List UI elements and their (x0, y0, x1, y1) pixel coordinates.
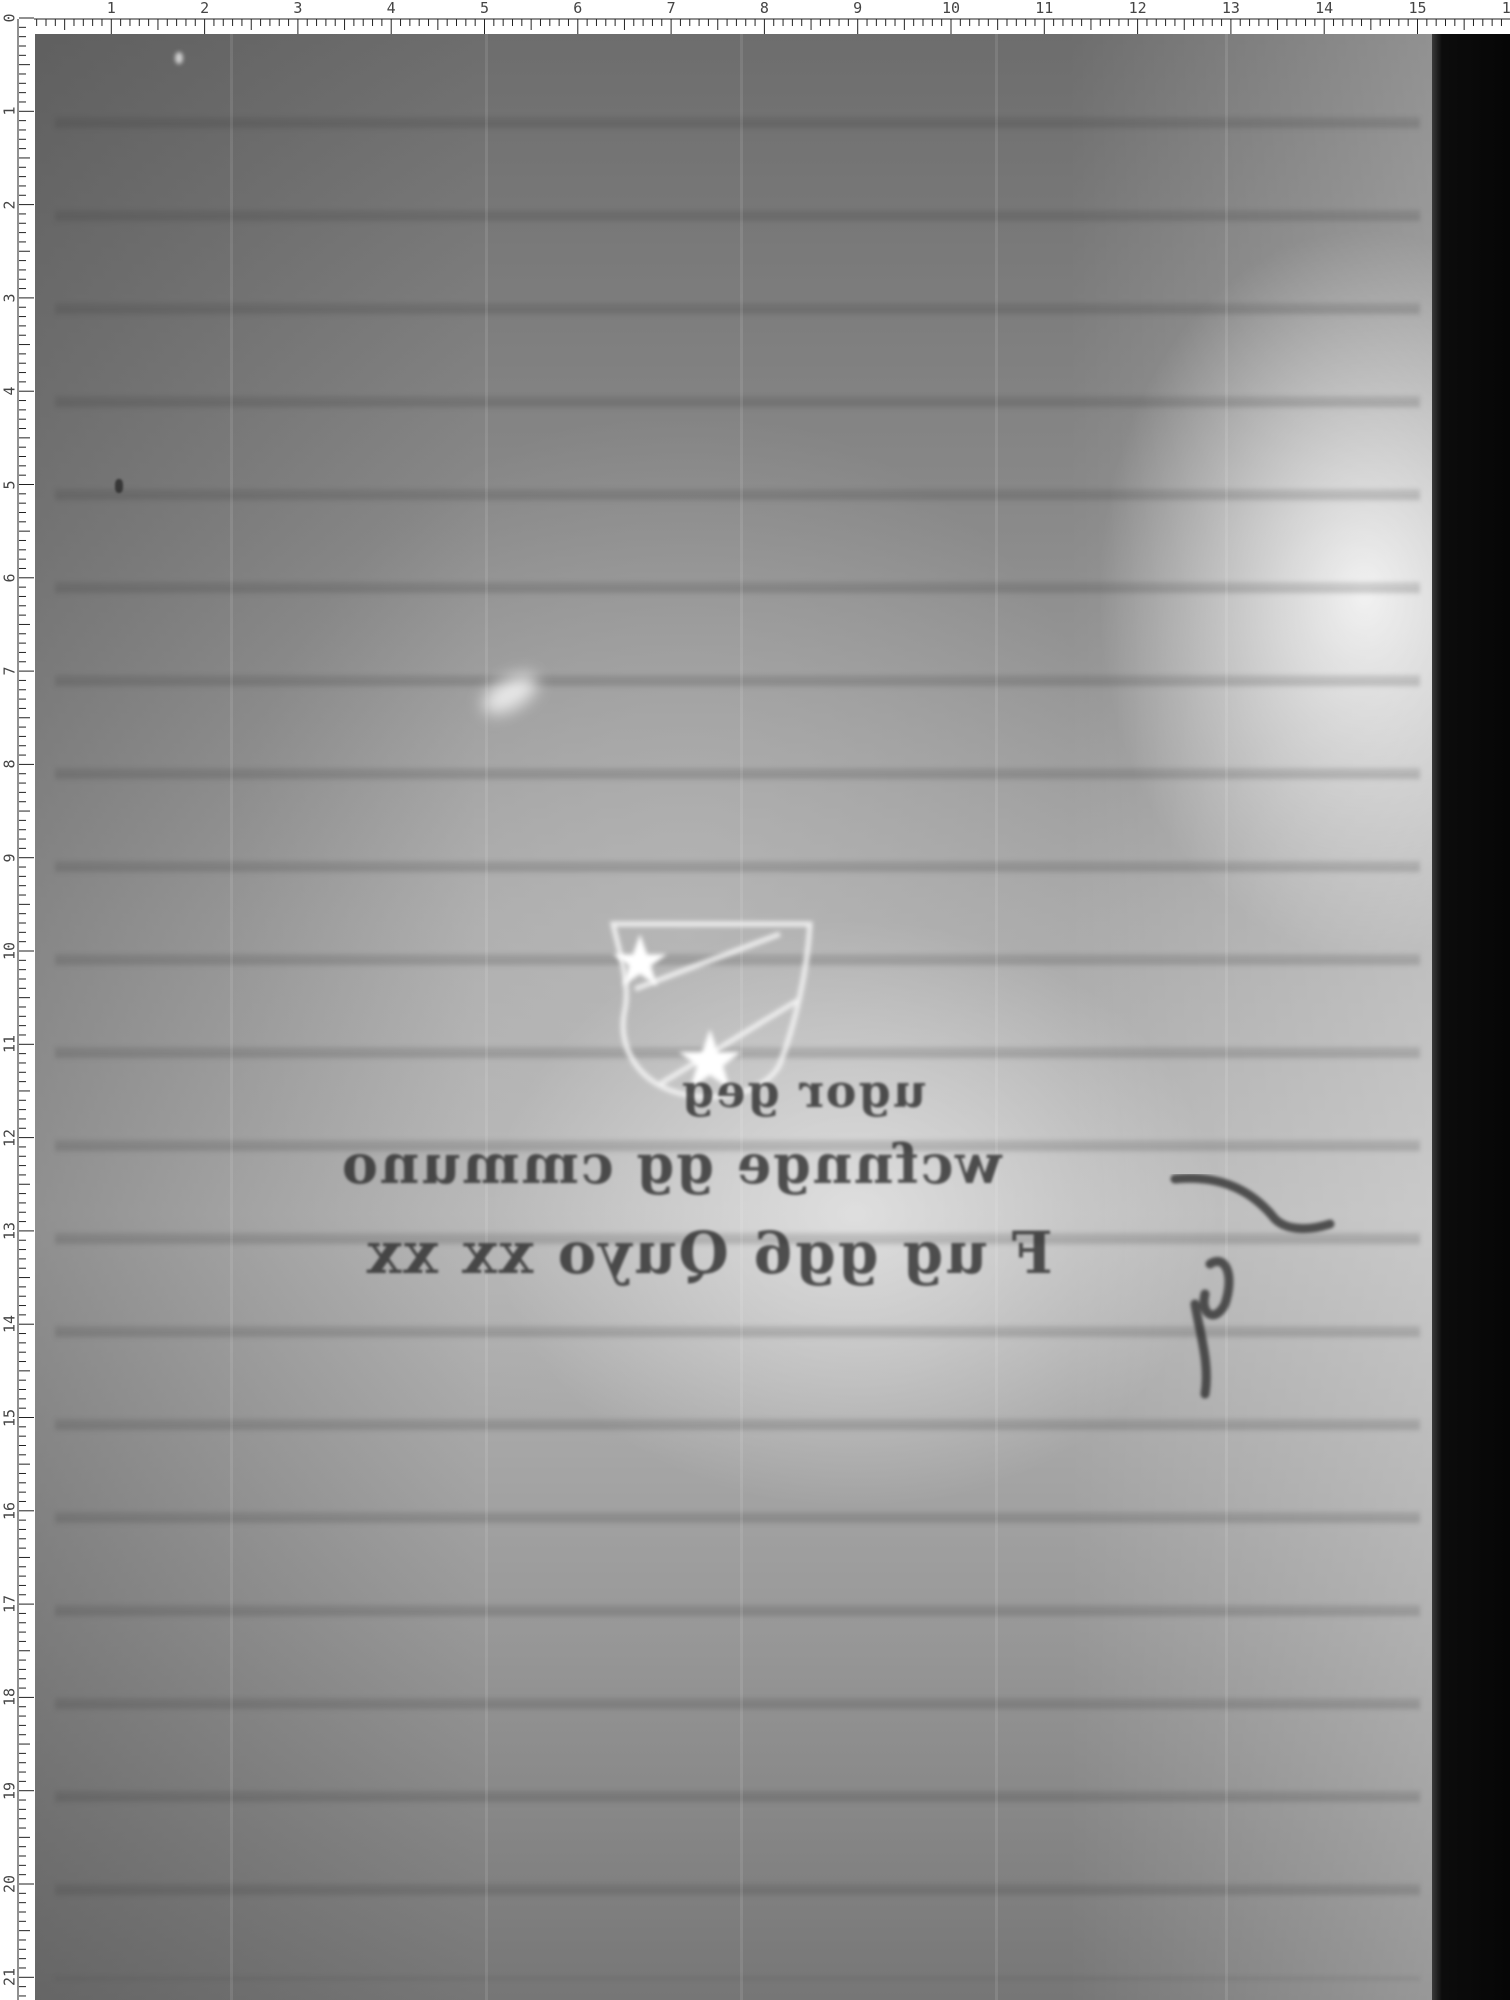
ruler-top: 012345678910111213141516 (0, 0, 1510, 34)
ruler-top-label: 3 (293, 0, 302, 16)
ruler-top-label: 9 (853, 0, 862, 16)
chain-line (230, 34, 233, 2000)
ruler-top-label: 8 (760, 0, 769, 16)
paper-speck (175, 52, 183, 64)
ruler-top-label: 13 (1222, 0, 1240, 16)
ruler-left-label: 14 (3, 1314, 18, 1334)
ruler-left-label: 8 (3, 754, 18, 774)
ruler-top-label: 5 (480, 0, 489, 16)
ruler-top-label: 4 (387, 0, 396, 16)
ruler-top-label: 6 (573, 0, 582, 16)
ruler-left-label: 18 (3, 1687, 18, 1707)
ruler-left-label: 9 (3, 848, 18, 868)
pen-flourish-icon (1165, 1174, 1365, 1414)
inscription-line-3: F ug gg6 Quyo xx xx (365, 1219, 1053, 1287)
inscription-line-1: ugor geg (680, 1064, 926, 1118)
ruler-left-label: 21 (3, 1967, 18, 1987)
ruler-left-label: 19 (3, 1781, 18, 1801)
ruler-top-label: 16 (1502, 0, 1510, 16)
ruler-left-label: 16 (3, 1501, 18, 1521)
ruler-top-label: 1 (107, 0, 116, 16)
ruler-left-label: 12 (3, 1128, 18, 1148)
chain-line (485, 34, 488, 2000)
ruler-top-label: 12 (1129, 0, 1147, 16)
ruler-left-label: 5 (3, 475, 18, 495)
ruler-top-ticks (0, 0, 1510, 34)
ruler-left: 0123456789101112131415161718192021 (0, 0, 34, 2000)
ruler-left-label: 15 (3, 1408, 18, 1428)
ruler-left-label: 20 (3, 1874, 18, 1894)
chain-line (995, 34, 998, 2000)
ruler-left-label: 1 (3, 101, 18, 121)
ruler-top-label: 10 (942, 0, 960, 16)
manuscript-scan: ugor geg wcfnnge gg cmmuno F ug gg6 Quyo… (35, 34, 1510, 2000)
ruler-left-label: 4 (3, 381, 18, 401)
ruler-top-label: 2 (200, 0, 209, 16)
ruler-left-label: 0 (3, 8, 18, 28)
ruler-left-label: 17 (3, 1594, 18, 1614)
ruler-top-label: 7 (667, 0, 676, 16)
ink-spot (115, 479, 123, 493)
ruler-left-label: 13 (3, 1221, 18, 1241)
ruler-left-label: 2 (3, 195, 18, 215)
ruler-left-label: 6 (3, 568, 18, 588)
ruler-left-label: 3 (3, 288, 18, 308)
ruler-left-label: 11 (3, 1034, 18, 1054)
inscription-line-2: wcfnnge gg cmmuno (340, 1132, 1002, 1196)
ruler-top-label: 15 (1408, 0, 1426, 16)
ruler-left-label: 10 (3, 941, 18, 961)
ruler-top-label: 14 (1315, 0, 1333, 16)
ruler-top-label: 11 (1035, 0, 1053, 16)
scanner-edge-strip (1432, 34, 1510, 2000)
ruler-left-label: 7 (3, 661, 18, 681)
chain-line (1225, 34, 1228, 2000)
